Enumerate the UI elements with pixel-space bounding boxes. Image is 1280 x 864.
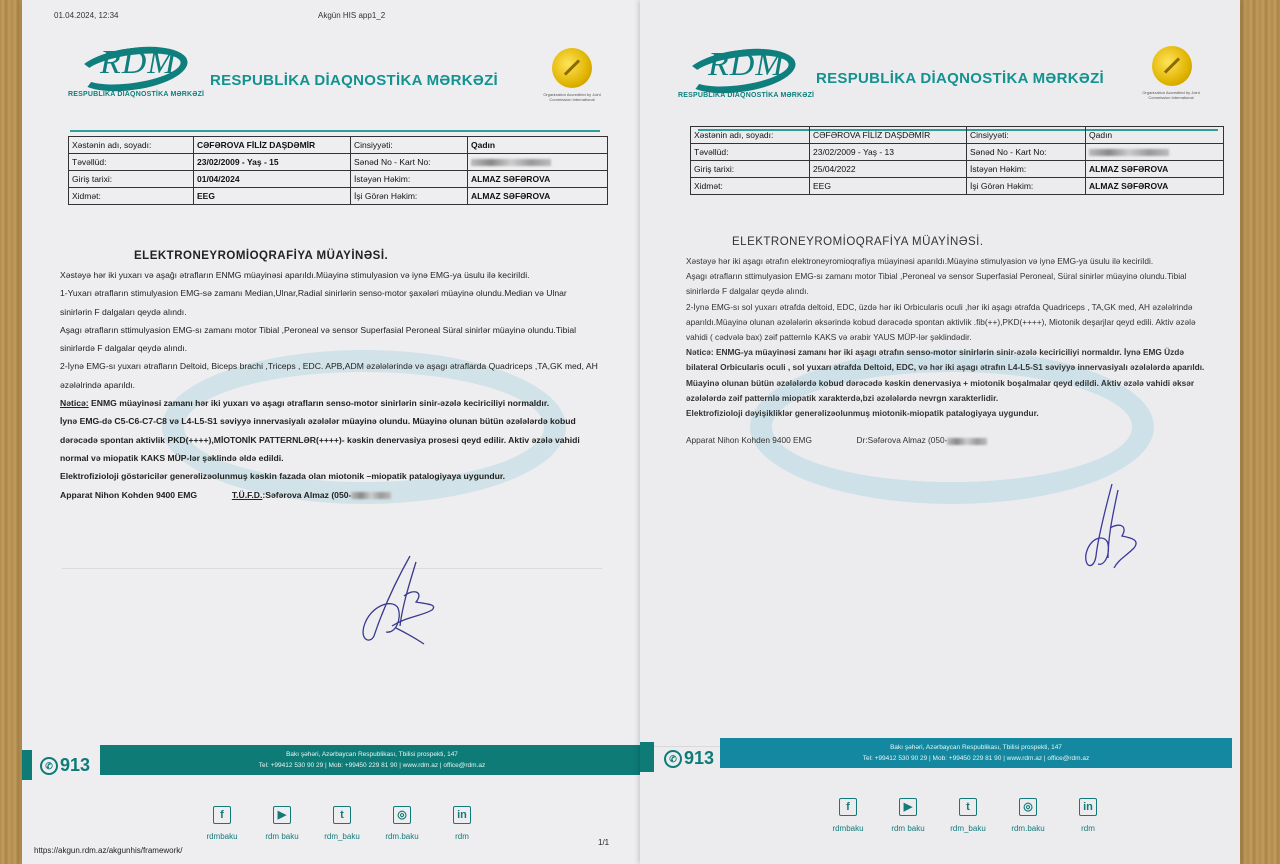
social-handle: rdm baku [252,832,312,841]
social-youtube[interactable]: ▶rdm baku [252,806,312,841]
doctor-name: :Səfərova Almaz (050- [262,490,351,500]
label-patient-name: Xəstənin adı, soyadı: [691,127,810,144]
phone-icon: ✆ [664,750,682,768]
paper-fold [62,568,602,569]
paragraph: Xəstəyə hər iki yuxarı və aşağı ətraflar… [60,266,600,284]
footer-stub [22,750,32,780]
conclusion: Nəticə: ENMG müayinəsi zamanı hər iki yu… [60,394,600,412]
social-handle: rdm [432,832,492,841]
paragraph: Xəstəyə hər iki aşagı ətrafın elektroney… [686,254,1216,269]
social-instagram[interactable]: ◎rdm.baku [372,806,432,841]
label-patient-name: Xəstənin adı, soyadı: [69,137,194,154]
instagram-icon: ◎ [393,806,411,824]
signature [1078,478,1148,578]
hotline-number: 913 [60,755,90,775]
social-handle: rdm_baku [938,824,998,833]
page-number: 1/1 [598,838,609,847]
patient-gender: Qadın [468,137,608,154]
patient-name: CƏFƏROVA FİLİZ DAŞDƏMİR [810,127,967,144]
header-rule [70,130,600,132]
paragraph: Aşagı ətrafların sttimulyasion EMG-sı za… [60,321,600,358]
label-doc-card-no: Sənəd No - Kart No: [351,154,468,171]
address: Bakı şəhəri, Azərbaycan Respublikası, Tb… [720,742,1232,753]
footer-stub [640,742,654,772]
summary: Elektrofizioloji dəyişikliklər generəliz… [686,406,1216,421]
rdm-logo: RDM RESPUBLİKA DİAQNOSTİKA MƏRKƏZİ [684,48,804,100]
paragraph: 2-İynə EMG-sı yuxarı ətrafların Deltoid,… [60,357,600,394]
report-sheet-2022: RDM RESPUBLİKA DİAQNOSTİKA MƏRKƏZİ RESPU… [640,0,1240,864]
phone-redacted [947,438,987,445]
address: Bakı şəhəri, Azərbaycan Respublikası, Tb… [100,749,644,760]
conclusion-text: ENMG müayinəsi zamanı hər iki yuxarı və … [89,398,549,408]
rdm-logo: RDM RESPUBLİKA DİAQNOSTİKA MƏRKƏZİ [72,46,192,98]
jci-seal-icon [552,48,592,88]
hotline-number: 913 [684,748,714,768]
exam-title: ELEKTRONEYROMİOQRAFİYA MÜAYİNƏSİ. [732,236,984,248]
signature-line: Apparat Nihon Kohden 9400 EMG Dr:Səfərov… [686,433,1216,448]
label-admission-date: Giriş tarixi: [691,161,810,178]
doctor-name: Dr:Səfərova Almaz (050- [857,435,948,445]
social-links: frdmbaku ▶rdm baku trdm_baku ◎rdm.baku i… [192,806,492,841]
patient-info-table: Xəstənin adı, soyadı: CƏFƏROVA FİLİZ DAŞ… [68,136,608,205]
social-handle: rdm baku [878,824,938,833]
patient-birth: 23/02/2009 - Yaş - 13 [810,144,967,161]
apparatus: Apparat Nihon Kohden 9400 EMG [686,435,812,445]
admission-date: 01/04/2024 [194,171,351,188]
apparatus: Apparat Nihon Kohden 9400 EMG [60,490,197,500]
facebook-icon: f [213,806,231,824]
report-body: Xəstəyə hər iki aşagı ətrafın elektroney… [686,254,1216,448]
label-birth: Təvəllüd: [691,144,810,161]
social-handle: rdm.baku [372,832,432,841]
findings: İynə EMG-də C5-C6-C7-C8 və L4-L5-S1 səvi… [60,412,600,467]
center-title: RESPUBLİKA DİAQNOSTİKA MƏRKƏZİ [816,70,1104,87]
paragraph: 2-İynə EMG-sı sol yuxarı ətrafda deltoid… [686,300,1216,346]
center-title: RESPUBLİKA DİAQNOSTİKA MƏRKƏZİ [210,72,498,89]
social-handle: rdm.baku [998,824,1058,833]
facebook-icon: f [839,798,857,816]
label-performing-doctor: İşi Görən Həkim: [967,178,1086,195]
patient-birth: 23/02/2009 - Yaş - 15 [194,154,351,171]
contacts: Tel: +99412 530 90 29 | Mob: +99450 229 … [720,753,1232,764]
label-gender: Cinsiyyəti: [351,137,468,154]
contacts: Tel: +99412 530 90 29 | Mob: +99450 229 … [100,760,644,771]
paragraph: Aşagı ətrafların sttimulyasion EMG-sı za… [686,269,1216,299]
service: EEG [194,188,351,205]
social-handle: rdmbaku [818,824,878,833]
social-twitter[interactable]: trdm_baku [312,806,372,841]
label-doc-card-no: Sənəd No - Kart No: [967,144,1086,161]
doc-card-no-redacted [1086,144,1224,161]
phone-icon: ✆ [40,757,58,775]
label-service: Xidmət: [691,178,810,195]
label-performing-doctor: İşi Görən Həkim: [351,188,468,205]
requesting-doctor: ALMAZ SƏFƏROVA [1086,161,1224,178]
conclusion: Nəticə: ENMG-ya müayinəsi zamanı hər iki… [686,345,1216,406]
linkedin-icon: in [1079,798,1097,816]
label-birth: Təvəllüd: [69,154,194,171]
phone-redacted [351,492,391,499]
youtube-icon: ▶ [273,806,291,824]
linkedin-icon: in [453,806,471,824]
paragraph: 1-Yuxarı ətrafların stimulyasion EMG-sə … [60,284,600,321]
seal-caption: Organization Accredited by Joint Commiss… [537,92,607,102]
report-sheet-2024: 01.04.2024, 12:34 Akgün HIS app1_2 RDM R… [22,0,644,864]
print-url: https://akgun.rdm.az/akgunhis/framework/ [34,846,183,855]
print-app-name: Akgün HIS app1_2 [318,11,385,20]
seal-caption: Organization Accredited by Joint Commiss… [1136,90,1206,100]
label-gender: Cinsiyyəti: [967,127,1086,144]
patient-info-table: Xəstənin adı, soyadı: CƏFƏROVA FİLİZ DAŞ… [690,126,1224,195]
print-timestamp: 01.04.2024, 12:34 [54,11,119,20]
footer-bar: Bakı şəhəri, Azərbaycan Respublikası, Tb… [100,745,644,775]
label-service: Xidmət: [69,188,194,205]
signature-line: Apparat Nihon Kohden 9400 EMG T.Ü.F.D.:S… [60,486,600,504]
label-requesting-doctor: İstəyən Həkim: [351,171,468,188]
social-twitter[interactable]: trdm_baku [938,798,998,833]
social-facebook[interactable]: frdmbaku [192,806,252,841]
footer-bar: Bakı şəhəri, Azərbaycan Respublikası, Tb… [720,738,1232,768]
conclusion-label: Nəticə: [60,398,89,408]
social-handle: rdm [1058,824,1118,833]
requesting-doctor: ALMAZ SƏFƏROVA [468,171,608,188]
service: EEG [810,178,967,195]
summary: Elektrofizioloji göstəricilər generəlizə… [60,467,600,485]
social-links: frdmbaku ▶rdm baku trdm_baku ◎rdm.baku i… [818,798,1118,833]
patient-name: CƏFƏROVA FİLİZ DAŞDƏMİR [194,137,351,154]
doctor-title: T.Ü.F.D. [232,490,263,500]
patient-gender: Qadın [1086,127,1224,144]
hotline: ✆913 [664,748,714,769]
social-linkedin[interactable]: inrdm [432,806,492,841]
twitter-icon: t [959,798,977,816]
report-body: Xəstəyə hər iki yuxarı və aşağı ətraflar… [60,266,600,504]
hotline: ✆913 [40,755,90,776]
social-linkedin[interactable]: inrdm [1058,798,1118,833]
signature [352,548,452,648]
performing-doctor: ALMAZ SƏFƏROVA [1086,178,1224,195]
social-handle: rdm_baku [312,832,372,841]
social-instagram[interactable]: ◎rdm.baku [998,798,1058,833]
doc-card-no-redacted [468,154,608,171]
exam-title: ELEKTRONEYROMİOQRAFİYA MÜAYİNƏSİ. [134,250,388,262]
label-requesting-doctor: İstəyən Həkim: [967,161,1086,178]
label-admission-date: Giriş tarixi: [69,171,194,188]
twitter-icon: t [333,806,351,824]
social-facebook[interactable]: frdmbaku [818,798,878,833]
performing-doctor: ALMAZ SƏFƏROVA [468,188,608,205]
jci-seal-icon [1152,46,1192,86]
social-youtube[interactable]: ▶rdm baku [878,798,938,833]
youtube-icon: ▶ [899,798,917,816]
admission-date: 25/04/2022 [810,161,967,178]
instagram-icon: ◎ [1019,798,1037,816]
social-handle: rdmbaku [192,832,252,841]
